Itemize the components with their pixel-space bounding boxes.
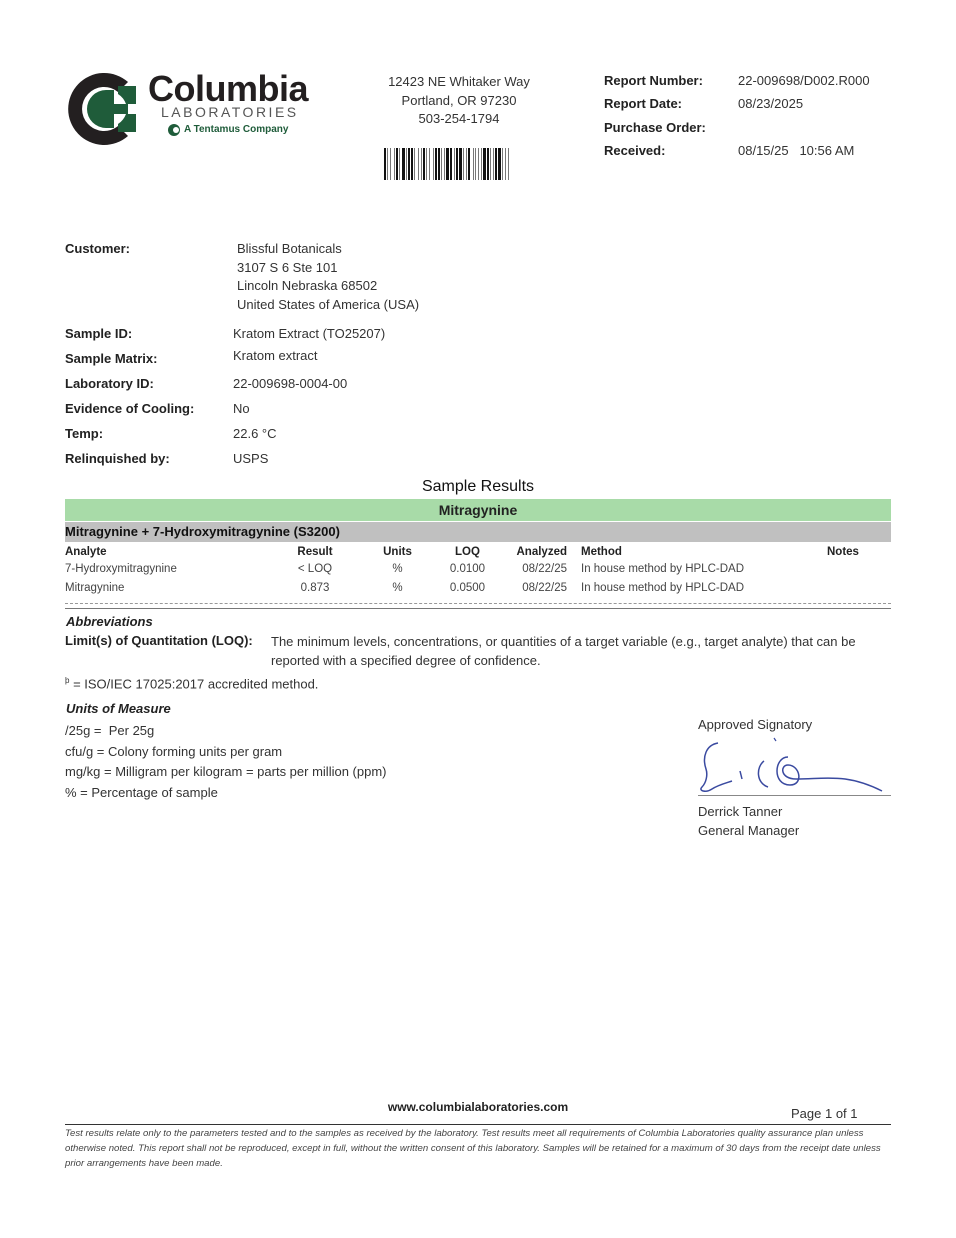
relinquished-label: Relinquished by: [65, 451, 170, 466]
iso-text: = ISO/IEC 17025:2017 accredited method. [69, 676, 318, 691]
page-number: Page 1 of 1 [791, 1106, 858, 1121]
customer-line-1: Blissful Botanicals [237, 241, 342, 256]
disclaimer: Test results relate only to the paramete… [65, 1127, 891, 1171]
customer-line-4: United States of America (USA) [237, 297, 419, 312]
tentamus-icon [167, 123, 181, 137]
col-loq: LOQ [440, 543, 495, 561]
company-logo: Columbia LABORATORIES A Tentamus Company [66, 68, 316, 150]
report-info: Report Number:22-009698/D002.R000 Report… [604, 69, 870, 162]
list-item: cfu/g = Colony forming units per gram [65, 742, 386, 763]
cooling-value: No [233, 401, 250, 416]
sample-id-label: Sample ID: [65, 326, 132, 341]
sample-results-title: Sample Results [0, 478, 956, 496]
cooling-label: Evidence of Cooling: [65, 401, 194, 416]
iso-note: þ = ISO/IEC 17025:2017 accredited method… [65, 676, 318, 691]
test-header: Mitragynine + 7-Hydroxymitragynine (S320… [65, 522, 891, 542]
report-number-value: 22-009698/D002.R000 [738, 73, 870, 88]
laboratory-id-value: 22-009698-0004-00 [233, 376, 347, 391]
cell-method: In house method by HPLC-DAD [581, 560, 744, 578]
abbreviations-heading: Abbreviations [66, 614, 153, 629]
customer-label: Customer: [65, 241, 130, 256]
list-item: % = Percentage of sample [65, 783, 386, 804]
report-date-value: 08/23/2025 [738, 96, 803, 111]
col-units: Units [375, 543, 420, 561]
report-date-label: Report Date: [604, 96, 738, 111]
footer-divider [65, 1124, 891, 1125]
table-row: Mitragynine 0.873 % 0.0500 08/22/25 In h… [65, 579, 891, 597]
solid-divider [65, 608, 891, 609]
relinquished-value: USPS [233, 451, 268, 466]
temp-label: Temp: [65, 426, 103, 441]
lab-address: 12423 NE Whitaker Way Portland, OR 97230… [370, 73, 548, 129]
logo-tagline: A Tentamus Company [184, 124, 288, 135]
report-date-row: Report Date:08/23/2025 [604, 92, 870, 115]
cell-analyzed: 08/22/25 [507, 579, 567, 597]
report-number-row: Report Number:22-009698/D002.R000 [604, 69, 870, 92]
received-label: Received: [604, 143, 738, 158]
cell-units: % [375, 560, 420, 578]
temp-value: 22.6 °C [233, 426, 277, 441]
signatory-heading: Approved Signatory [698, 717, 812, 732]
received-value: 08/15/25 10:56 AM [738, 143, 854, 158]
units-list: /25g = Per 25g cfu/g = Colony forming un… [65, 721, 386, 804]
loq-definition: The minimum levels, concentrations, or q… [271, 633, 896, 670]
address-line-1: 12423 NE Whitaker Way [370, 73, 548, 92]
col-analyzed: Analyzed [507, 543, 567, 561]
cell-analyzed: 08/22/25 [507, 560, 567, 578]
list-item: mg/kg = Milligram per kilogram = parts p… [65, 762, 386, 783]
category-header: Mitragynine [65, 499, 891, 521]
address-line-2: Portland, OR 97230 [370, 92, 548, 111]
cell-analyte: 7-Hydroxymitragynine [65, 560, 177, 578]
units-heading: Units of Measure [66, 701, 171, 716]
sample-id-value: Kratom Extract (TO25207) [233, 326, 385, 341]
cell-loq: 0.0100 [440, 560, 495, 578]
lab-phone: 503-254-1794 [370, 110, 548, 129]
barcode [384, 148, 512, 180]
signature-line [698, 795, 891, 796]
customer-line-2: 3107 S 6 Ste 101 [237, 260, 337, 275]
signatory-name: Derrick Tanner [698, 803, 799, 822]
col-method: Method [581, 543, 622, 561]
columbia-c-logo-icon [66, 68, 146, 150]
col-notes: Notes [827, 543, 859, 561]
cell-loq: 0.0500 [440, 579, 495, 597]
col-analyte: Analyte [65, 543, 107, 561]
cell-result: 0.873 [285, 579, 345, 597]
sample-matrix-label: Sample Matrix: [65, 351, 157, 366]
loq-label: Limit(s) of Quantitation (LOQ): [65, 633, 253, 648]
laboratory-id-label: Laboratory ID: [65, 376, 154, 391]
cell-method: In house method by HPLC-DAD [581, 579, 744, 597]
signatory-title: General Manager [698, 822, 799, 841]
purchase-order-row: Purchase Order: [604, 116, 870, 139]
results-table-header: Analyte Result Units LOQ Analyzed Method… [65, 543, 891, 561]
table-row: 7-Hydroxymitragynine < LOQ % 0.0100 08/2… [65, 560, 891, 578]
col-result: Result [285, 543, 345, 561]
signatory-info: Derrick Tanner General Manager [698, 803, 799, 840]
sample-matrix-value: Kratom extract [233, 348, 318, 363]
customer-line-3: Lincoln Nebraska 68502 [237, 278, 377, 293]
dashed-divider [65, 603, 891, 604]
cell-result: < LOQ [285, 560, 345, 578]
cell-analyte: Mitragynine [65, 579, 124, 597]
logo-subtitle: LABORATORIES [161, 104, 299, 120]
list-item: /25g = Per 25g [65, 721, 386, 742]
purchase-order-label: Purchase Order: [604, 120, 738, 135]
cell-units: % [375, 579, 420, 597]
report-number-label: Report Number: [604, 73, 738, 88]
received-row: Received:08/15/25 10:56 AM [604, 139, 870, 162]
signature-icon [696, 735, 888, 795]
